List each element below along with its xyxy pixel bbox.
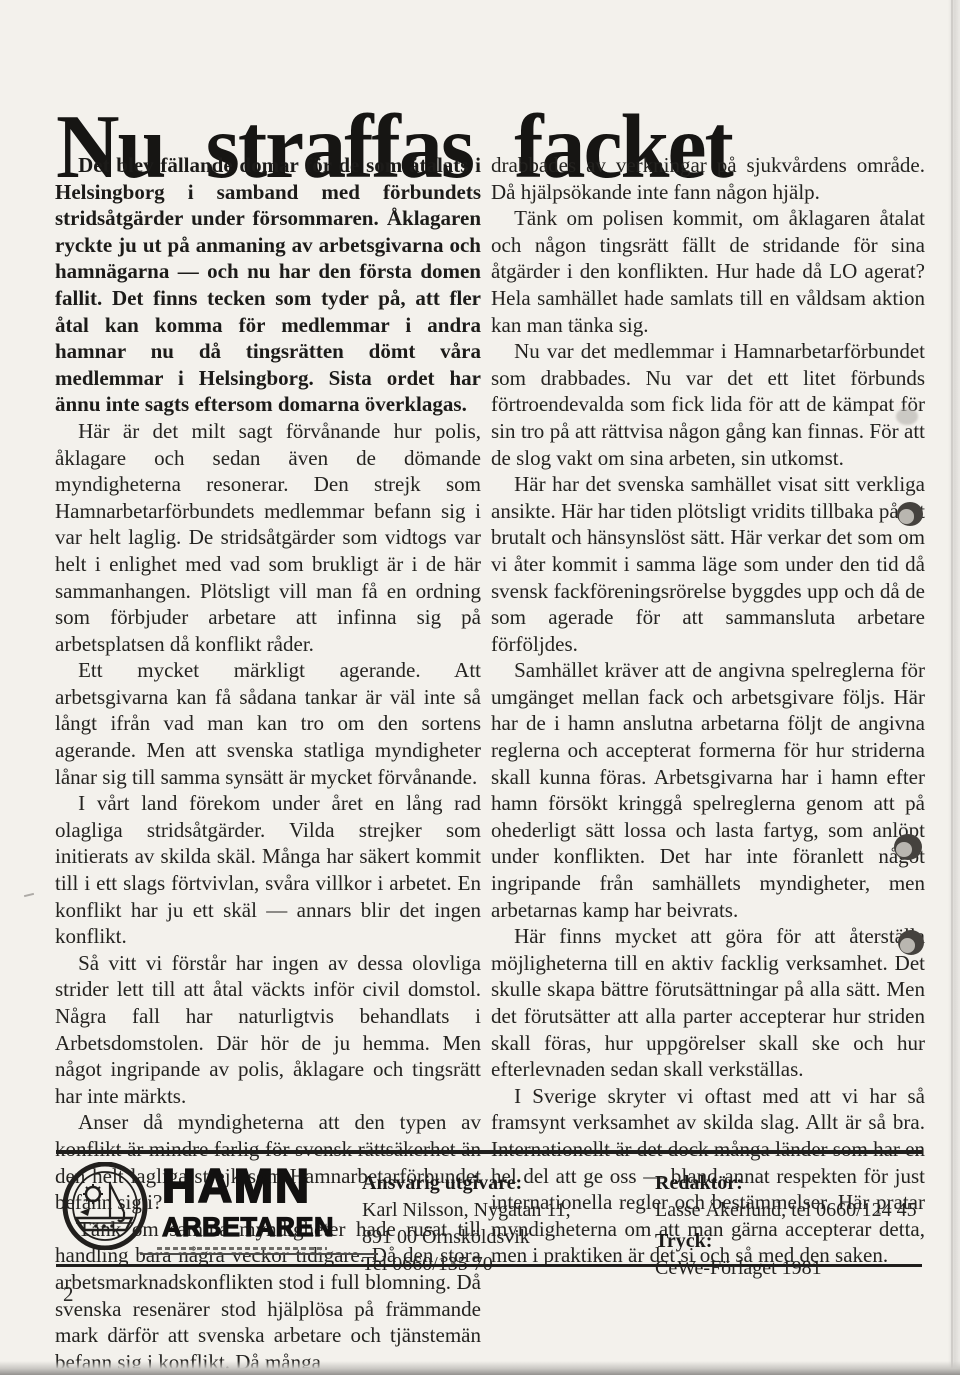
footer-bottom-rule xyxy=(56,1264,922,1267)
scan-edge-line xyxy=(951,0,953,1375)
ink-blob xyxy=(898,930,924,955)
masthead-logotype: HAMN ARBETAREN xyxy=(162,1162,378,1255)
footer-top-rule xyxy=(56,1150,922,1154)
article-paragraph: Så vitt vi förstår har ingen av dessa ol… xyxy=(55,950,481,1110)
margin-mark xyxy=(24,893,34,897)
article-paragraph: Här finns mycket att göra för att återst… xyxy=(491,923,925,1083)
masthead-logotype-line2: ARBETAREN xyxy=(162,1214,378,1241)
scan-edge-right xyxy=(948,0,960,1375)
ink-blob xyxy=(894,834,922,860)
article-paragraph: Tänk om polisen kommit, om åklagaren åta… xyxy=(491,205,925,338)
masthead-logotype-line1: HAMN xyxy=(162,1162,378,1209)
masthead-microtext xyxy=(157,1247,327,1250)
article-paragraph: I vårt land förekom under året en lång r… xyxy=(55,790,481,950)
publisher-info: Ansvarig utgivare: Karl Nilsson, Nygatan… xyxy=(362,1170,642,1278)
publisher-line: Karl Nilsson, Nygatan 11, xyxy=(362,1197,642,1224)
scan-edge-bottom xyxy=(0,1361,960,1375)
publisher-line: 891 00 Örnsköldsvik xyxy=(362,1224,642,1251)
hamnarbetaren-emblem-icon xyxy=(62,1162,148,1255)
print-label: Tryck: xyxy=(655,1228,925,1255)
ink-blob xyxy=(897,502,923,526)
editor-line: Lasse Åkerlund, tel 0660/124 45 xyxy=(655,1197,925,1224)
masthead-underline xyxy=(140,1253,378,1255)
print-line: CeWe-Förlaget 1981 xyxy=(655,1255,925,1282)
ink-smudge xyxy=(896,408,918,425)
publisher-label: Ansvarig utgivare: xyxy=(362,1170,642,1197)
article-paragraph: Ett mycket märkligt agerande. Att arbets… xyxy=(55,657,481,790)
article-paragraph: Samhället kräver att de angivna spelregl… xyxy=(491,657,925,923)
article-lead-paragraph: Det blev fällande domar för de som åtala… xyxy=(55,152,481,418)
editor-label: Redaktör: xyxy=(655,1170,925,1197)
article-paragraph: Nu var det medlemmar i Hamnarbetarförbun… xyxy=(491,338,925,471)
article-paragraph: Här är det milt sagt förvånande hur poli… xyxy=(55,418,481,657)
article-paragraph: drabbades av verkningar på sjukvårdens o… xyxy=(491,152,925,205)
article-paragraph: Här har det svenska samhället visat sitt… xyxy=(491,471,925,657)
page-number: 2 xyxy=(63,1282,74,1307)
